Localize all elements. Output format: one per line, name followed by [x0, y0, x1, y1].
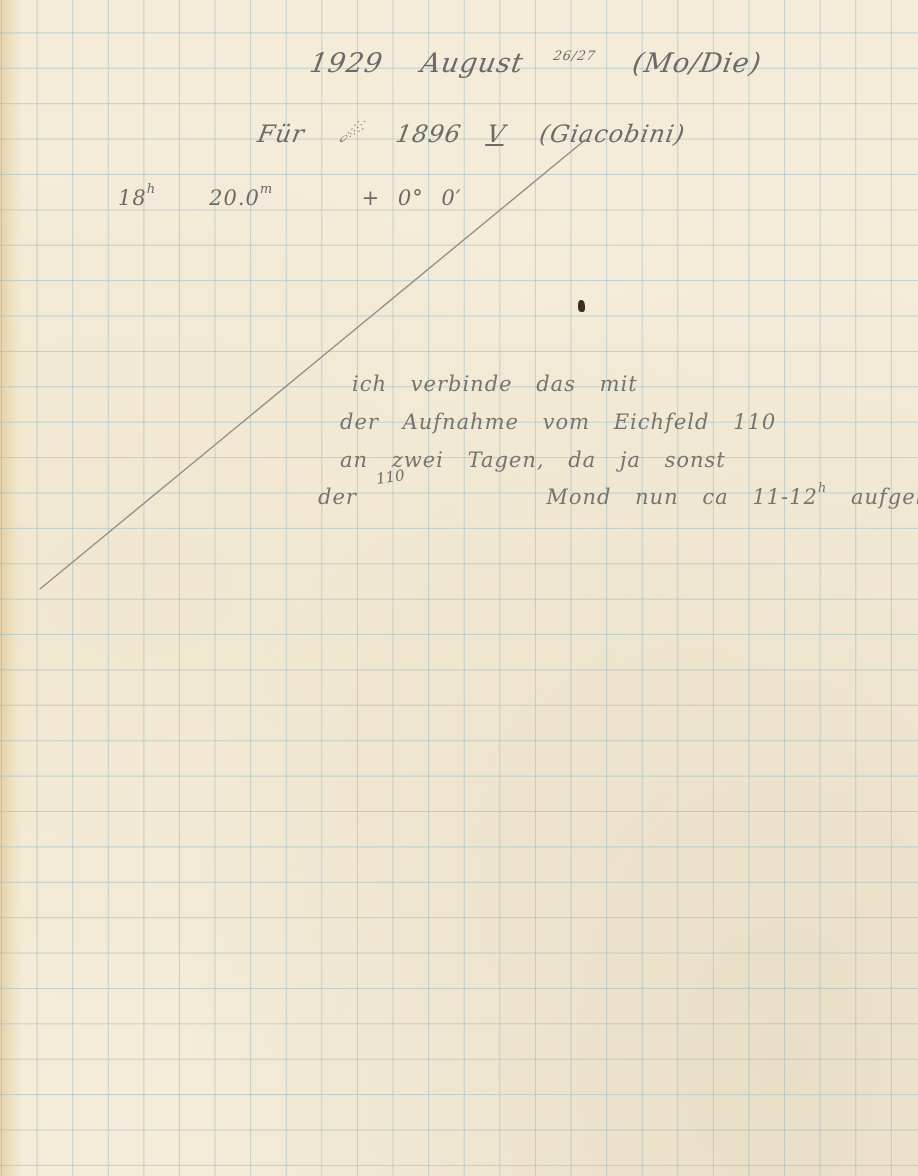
heading-weekdays: (Mo/Die)	[630, 48, 764, 79]
comet-subject: Für ☄ 1896 V (Giacobini)	[256, 120, 688, 148]
ra-hours-unit: h	[147, 182, 156, 197]
comet-icon: ☄	[337, 120, 364, 148]
comet-name: (Giacobini)	[538, 120, 688, 148]
comet-year: 1896	[394, 120, 464, 148]
note-line-2: der Aufnahme vom Eichfeld 110	[340, 410, 776, 434]
heading-days: 26/27	[552, 49, 597, 64]
subject-prefix: Für	[256, 120, 308, 148]
ra-minutes: 20.0	[209, 186, 260, 210]
note-line-1: ich verbinde das mit	[352, 372, 638, 396]
note-line-4-end: aufgeht.	[851, 485, 918, 509]
comet-numeral: V	[485, 120, 508, 148]
heading-year: 1929	[307, 48, 385, 79]
diagonal-strike-line	[0, 0, 918, 1176]
position-coordinates: 18h 20.0m + 0° 0′	[118, 186, 462, 210]
ink-stain	[578, 300, 585, 312]
note-line-4-unit: h	[818, 481, 827, 496]
page-heading-date: 1929 August 26/27 (Mo/Die)	[307, 48, 764, 79]
note-line-4-post: Mond nun ca 11-12	[546, 485, 818, 509]
declination: + 0° 0′	[362, 186, 462, 210]
heading-month: August	[418, 48, 526, 79]
note-line-4-pre: der	[318, 485, 357, 509]
note-line-4: der Mond nun ca 11-12h aufgeht.	[318, 485, 918, 509]
ra-hours: 18	[118, 186, 147, 210]
ra-minutes-unit: m	[260, 182, 273, 197]
